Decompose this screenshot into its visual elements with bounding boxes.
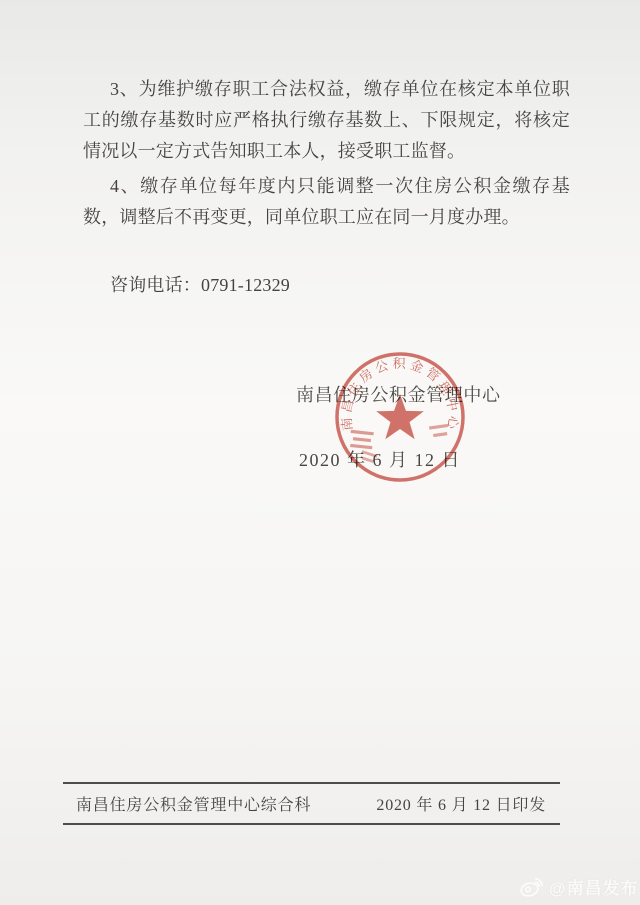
watermark-text: @南昌发布 xyxy=(549,874,639,899)
weibo-icon xyxy=(518,872,546,900)
paragraph-4: 4、缴存单位每年度内只能调整一次住房公积金缴存基数，调整后不再变更，同单位职工应… xyxy=(83,171,570,233)
paragraph-3: 3、为维护缴存职工合法权益，缴存单位在核定本单位职工的缴存基数时应严格执行缴存基… xyxy=(83,74,570,167)
official-seal-stamp: 南昌住房公积金管理中心 xyxy=(330,347,470,487)
watermark: @南昌发布 xyxy=(518,872,639,900)
document-body: 3、为维护缴存职工合法权益，缴存单位在核定本单位职工的缴存基数时应严格执行缴存基… xyxy=(83,74,570,301)
footer-issuing-office: 南昌住房公积金管理中心综合科 xyxy=(76,792,311,815)
seal-smudge-bottom xyxy=(360,450,378,463)
footer-print-date: 2020 年 6 月 12 日印发 xyxy=(376,792,546,815)
document-page: 3、为维护缴存职工合法权益，缴存单位在核定本单位职工的缴存基数时应严格执行缴存基… xyxy=(0,0,640,905)
seal-star-icon xyxy=(376,394,424,439)
contact-phone-line: 咨询电话：0791-12329 xyxy=(83,270,570,301)
footer-imprint-bar: 南昌住房公积金管理中心综合科 2020 年 6 月 12 日印发 xyxy=(63,782,560,825)
seal-smudge-left xyxy=(349,430,374,450)
